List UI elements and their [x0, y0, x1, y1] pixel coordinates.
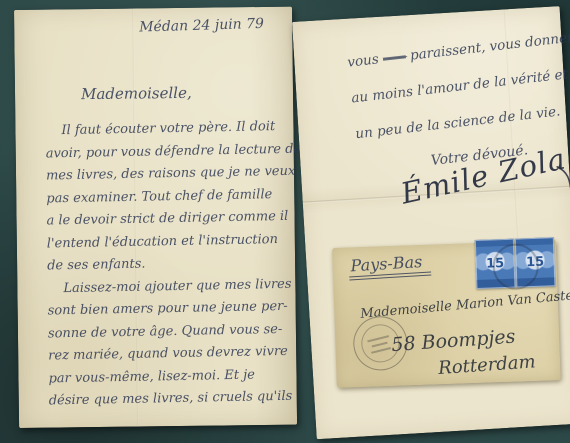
- address-line: Mademoiselle Marion Van Casteil: [360, 288, 570, 322]
- letter-line: désire que mes livres, si cruels qu'ils: [49, 386, 291, 413]
- letter-date: Médan 24 juin 79: [139, 16, 264, 36]
- crossed-out-word: ——: [382, 48, 407, 66]
- envelope: Pays-Bas 15 15 Mademoiselle Marion Van C…: [332, 240, 561, 388]
- photograph-zola-letter: Médan 24 juin 79 Mademoiselle, Il faut é…: [0, 0, 570, 443]
- letter-salutation: Mademoiselle,: [81, 84, 192, 103]
- letter-word: vous: [347, 51, 380, 70]
- destination-label: Pays-Bas: [348, 252, 431, 281]
- address-line: Rotterdam: [438, 351, 537, 379]
- letter-body-page-1: Il faut écouter votre père. Il doit avoi…: [45, 117, 291, 412]
- signature-flourish-icon: [551, 158, 570, 237]
- address-line: 58 Boompjes: [391, 326, 516, 357]
- letter-page-1: Médan 24 juin 79 Mademoiselle, Il faut é…: [14, 7, 297, 428]
